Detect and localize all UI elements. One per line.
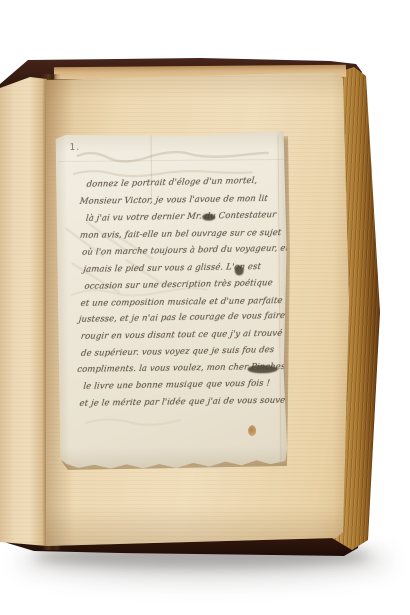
left-page-texture <box>0 74 47 548</box>
paper-stain <box>248 425 256 436</box>
manuscript-letter-sheet: 1. donnez le portrait d'éloge d'un morte… <box>56 131 290 472</box>
pencil-lot-number: 1. <box>70 143 81 153</box>
left-page <box>0 74 47 548</box>
photo-of-open-book: 1. donnez le portrait d'éloge d'un morte… <box>0 0 410 615</box>
